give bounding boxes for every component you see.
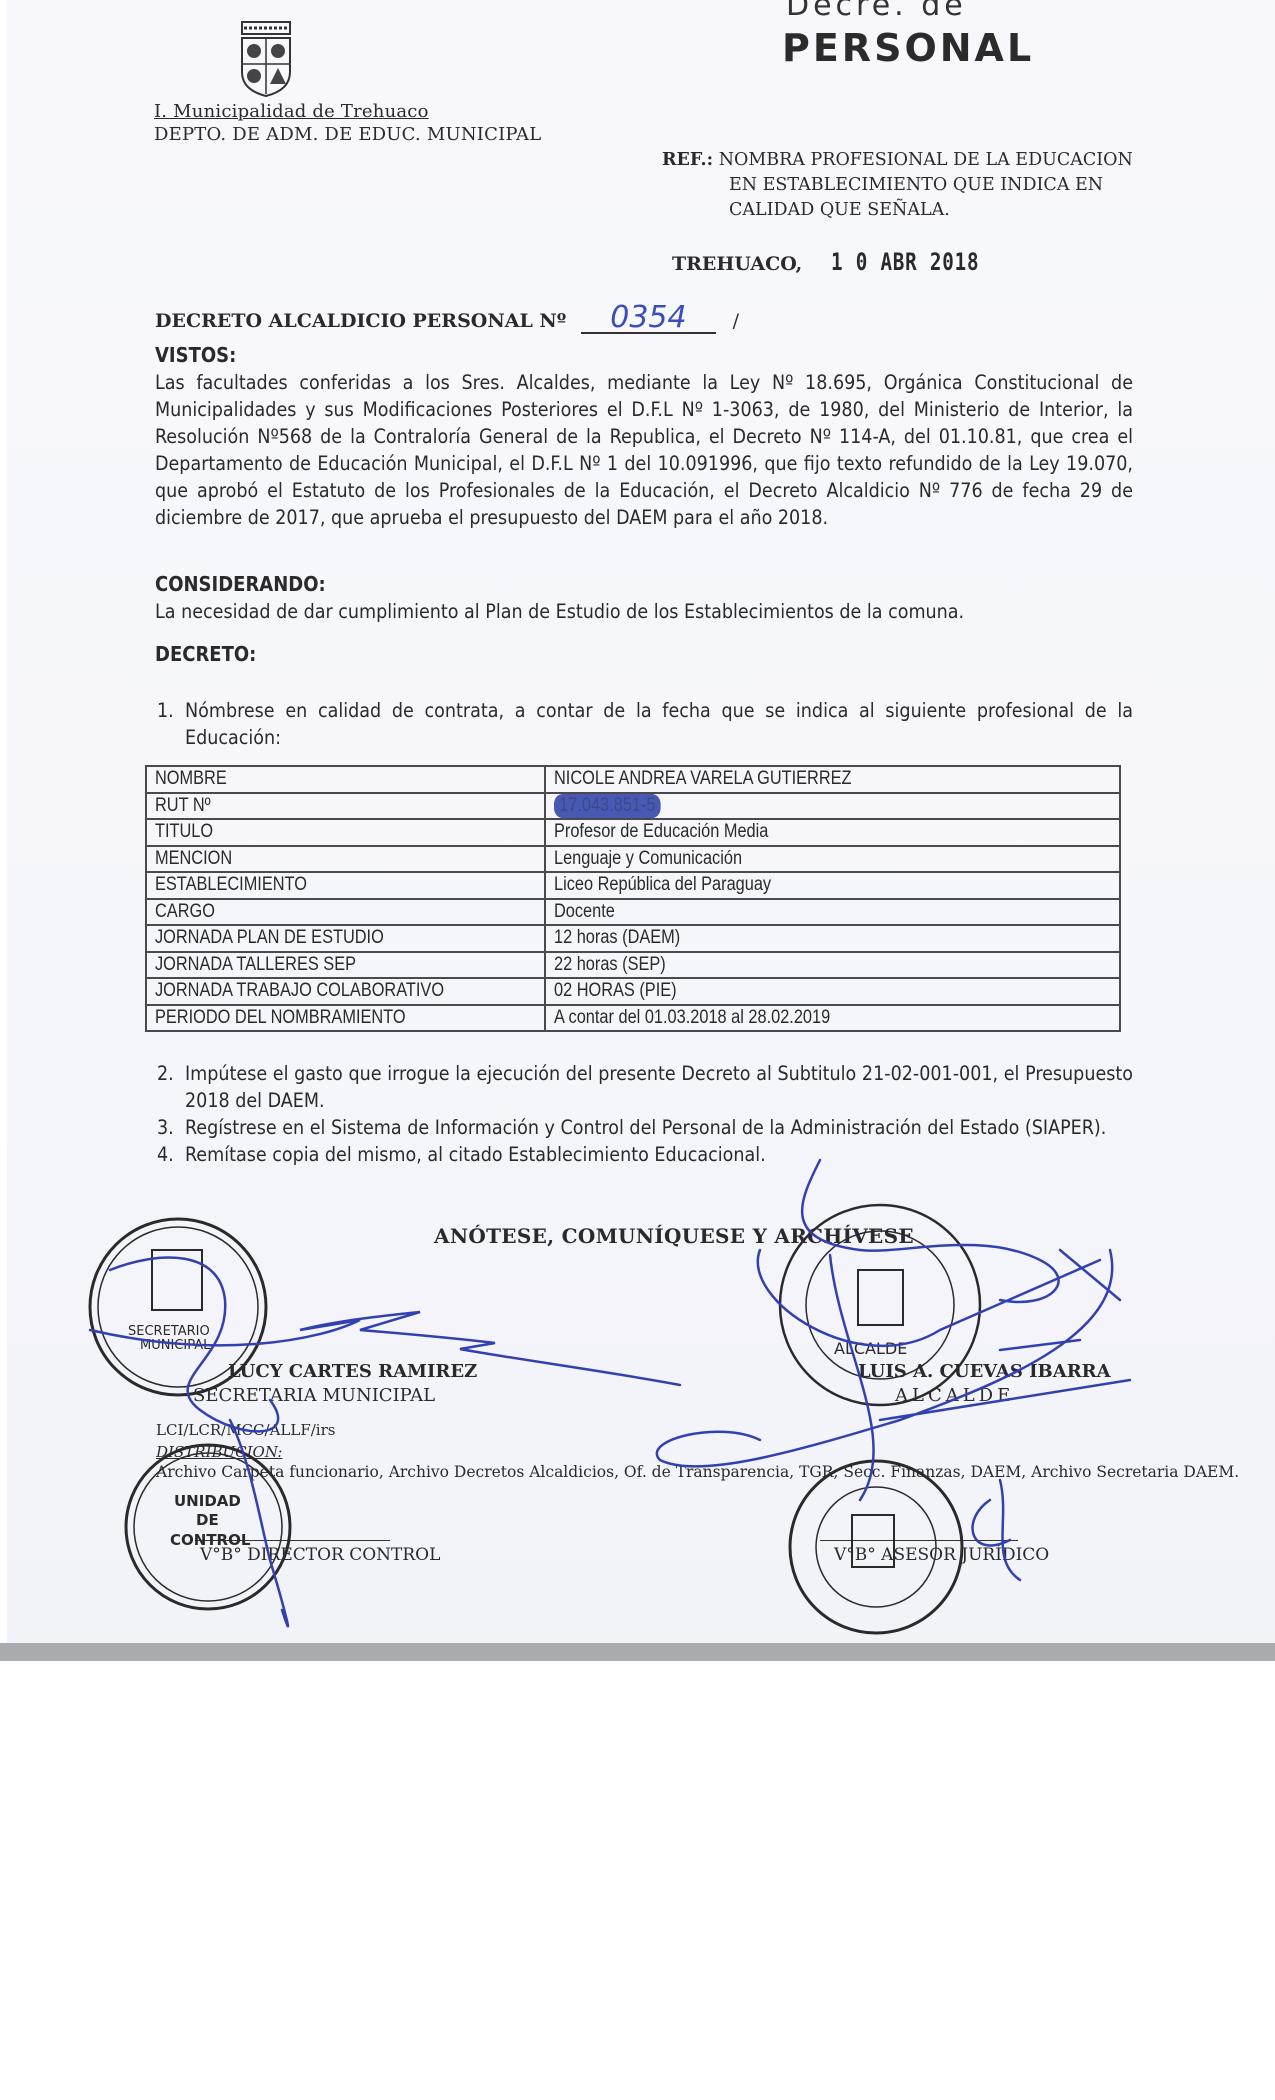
field-value: Docente xyxy=(545,899,1120,926)
field-label: JORNADA PLAN DE ESTUDIO xyxy=(146,925,545,952)
decree-type-stamp-line1: Decre. de xyxy=(786,0,967,23)
reference-line-1: NOMBRA PROFESIONAL DE LA EDUCACION xyxy=(719,150,1133,170)
field-label: ESTABLECIMIENTO xyxy=(146,872,545,899)
field-label: JORNADA TALLERES SEP xyxy=(146,952,545,979)
decree-number-handwritten: 0354 xyxy=(581,304,716,334)
distribution-label: DISTRIBUCION: xyxy=(156,1443,282,1461)
considerando-section: CONSIDERANDO: La necesidad de dar cumpli… xyxy=(155,571,1133,625)
legal-approval-label: V°B° ASESOR JURÍDICO xyxy=(834,1545,1049,1565)
item-text: Regístrese en el Sistema de Información … xyxy=(185,1116,1106,1139)
decree-number-suffix: / xyxy=(733,310,739,332)
table-row: NOMBRENICOLE ANDREA VARELA GUTIERREZ xyxy=(146,766,1120,793)
decreto-heading: DECRETO: xyxy=(155,641,1133,668)
decree-title: DECRETO ALCALDICIO PERSONAL Nº 0354 / xyxy=(155,304,739,334)
item-number: 4. xyxy=(157,1141,174,1168)
item-number: 1. xyxy=(157,697,174,724)
table-row: PERIODO DEL NOMBRAMIENTOA contar del 01.… xyxy=(146,1005,1120,1032)
field-value: NICOLE ANDREA VARELA GUTIERREZ xyxy=(545,766,1120,793)
municipal-coat-of-arms-icon xyxy=(236,20,296,98)
mayor-role: ALCALDE xyxy=(895,1385,1014,1406)
field-label: NOMBRE xyxy=(146,766,545,793)
decree-title-text: DECRETO ALCALDICIO PERSONAL Nº xyxy=(155,310,566,332)
field-value: 22 horas (SEP) xyxy=(545,952,1120,979)
vistos-section: VISTOS: Las facultades conferidas a los … xyxy=(155,342,1133,531)
secretary-name: LUCY CARTES RAMIREZ xyxy=(228,1361,477,1382)
field-value: A contar del 01.03.2018 al 28.02.2019 xyxy=(545,1005,1120,1032)
control-signature-line xyxy=(195,1540,390,1541)
distribution-list: Archivo Carpeta funcionario, Archivo Dec… xyxy=(156,1463,1239,1481)
decreto-item: 2.Impútese el gasto que irrogue la ejecu… xyxy=(155,1060,1133,1114)
decreto-items-2-4: 2.Impútese el gasto que irrogue la ejecu… xyxy=(155,1060,1133,1168)
table-row: TITULOProfesor de Educación Media xyxy=(146,819,1120,846)
field-value: Profesor de Educación Media xyxy=(545,819,1120,846)
table-row: RUT Nº17.043.851-5 xyxy=(146,793,1120,820)
decreto-item-1: 1.Nómbrese en calidad de contrata, a con… xyxy=(155,697,1133,751)
table-row: JORNADA TALLERES SEP22 horas (SEP) xyxy=(146,952,1120,979)
drafter-initials: LCI/LCR/MCC/ALLF/irs xyxy=(156,1421,335,1439)
reference-label: REF.: xyxy=(662,150,713,170)
decreto-item: 3.Regístrese en el Sistema de Informació… xyxy=(155,1114,1133,1141)
vistos-heading: VISTOS: xyxy=(155,342,1133,369)
place-date: TREHUACO, 1 0 ABR 2018 xyxy=(672,248,1016,276)
item-number: 3. xyxy=(157,1114,174,1141)
reference-block: REF.: NOMBRA PROFESIONAL DE LA EDUCACION… xyxy=(662,148,1133,223)
vistos-text: Las facultades conferidas a los Sres. Al… xyxy=(155,369,1133,531)
field-label: RUT Nº xyxy=(146,793,545,820)
item-text: Nómbrese en calidad de contrata, a conta… xyxy=(185,699,1133,749)
table-row: JORNADA TRABAJO COLABORATIVO02 HORAS (PI… xyxy=(146,978,1120,1005)
decree-type-stamp-line2: PERSONAL xyxy=(782,26,1034,70)
place: TREHUACO, xyxy=(672,253,802,275)
field-value: 02 HORAS (PIE) xyxy=(545,978,1120,1005)
field-label: PERIODO DEL NOMBRAMIENTO xyxy=(146,1005,545,1032)
legal-signature-line xyxy=(820,1540,1018,1541)
table-row: MENCIONLenguaje y Comunicación xyxy=(146,846,1120,873)
decreto-heading-block: DECRETO: xyxy=(155,641,1133,668)
considerando-heading: CONSIDERANDO: xyxy=(155,571,1133,598)
secretary-role: SECRETARIA MUNICIPAL xyxy=(193,1385,435,1406)
item-text: Remítase copia del mismo, al citado Esta… xyxy=(185,1143,766,1166)
scanner-edge-shadow xyxy=(0,1643,1275,1661)
field-value: 12 horas (DAEM) xyxy=(545,925,1120,952)
field-value: Liceo República del Paraguay xyxy=(545,872,1120,899)
reference-line-2: EN ESTABLECIMIENTO QUE INDICA EN xyxy=(662,173,1133,198)
field-label: JORNADA TRABAJO COLABORATIVO xyxy=(146,978,545,1005)
control-approval-label: V°B° DIRECTOR CONTROL xyxy=(200,1545,440,1565)
department-name: DEPTO. DE ADM. DE EDUC. MUNICIPAL xyxy=(154,124,541,145)
field-value: 17.043.851-5 xyxy=(545,793,1120,820)
date-stamp: 1 0 ABR 2018 xyxy=(831,248,979,276)
table-row: ESTABLECIMIENTOLiceo República del Parag… xyxy=(146,872,1120,899)
field-label: MENCION xyxy=(146,846,545,873)
closing-formula: ANÓTESE, COMUNÍQUESE Y ARCHÍVESE xyxy=(434,1224,914,1248)
field-label: TITULO xyxy=(146,819,545,846)
decreto-item: 4.Remítase copia del mismo, al citado Es… xyxy=(155,1141,1133,1168)
mayor-name: LUIS A. CUEVAS IBARRA xyxy=(858,1361,1111,1382)
table-row: JORNADA PLAN DE ESTUDIO12 horas (DAEM) xyxy=(146,925,1120,952)
table-row: CARGODocente xyxy=(146,899,1120,926)
reference-line-3: CALIDAD QUE SEÑALA. xyxy=(662,198,1133,223)
appointment-details-table: NOMBRENICOLE ANDREA VARELA GUTIERREZRUT … xyxy=(145,765,1121,1032)
considerando-text: La necesidad de dar cumplimiento al Plan… xyxy=(155,598,1133,625)
item-number: 2. xyxy=(157,1060,174,1087)
item-text: Impútese el gasto que irrogue la ejecuci… xyxy=(185,1062,1133,1112)
field-value: Lenguaje y Comunicación xyxy=(545,846,1120,873)
municipality-name: I. Municipalidad de Trehuaco xyxy=(154,101,429,122)
field-label: CARGO xyxy=(146,899,545,926)
